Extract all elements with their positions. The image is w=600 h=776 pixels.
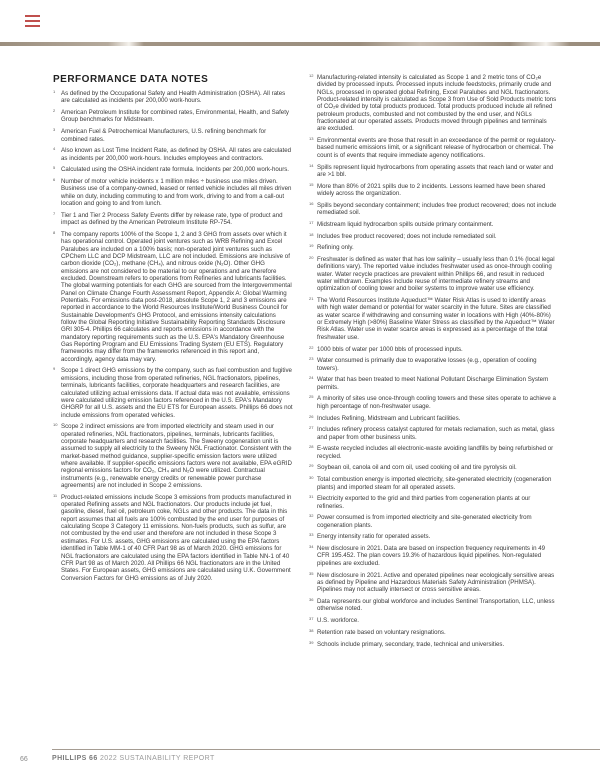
footer-report-name: 2022 SUSTAINABILITY REPORT [100, 755, 215, 762]
footnote-number: 20 [309, 255, 313, 260]
footnote: 10Scope 2 indirect emissions are from im… [53, 423, 293, 489]
footnote-text: Water consumed is primarily due to evapo… [317, 357, 537, 371]
footnote-text: Data represents our global workforce and… [317, 598, 555, 612]
footnote-number: 30 [309, 475, 313, 480]
footnote-number: 36 [309, 597, 313, 602]
footnote-number: 17 [309, 220, 313, 225]
footnote-number: 13 [309, 136, 313, 141]
footnote: 15More than 80% of 2021 spills due to 2 … [309, 183, 557, 198]
footnote-text: Refining only. [317, 244, 354, 251]
footnote: 12Manufacturing-related intensity is cal… [309, 74, 557, 133]
footnote-number: 14 [309, 163, 313, 168]
footnote: 25A minority of sites use once-through c… [309, 395, 557, 410]
footnote-text: 1000 bbls of water per 1000 bbls of proc… [317, 346, 463, 353]
footnote-number: 23 [309, 356, 313, 361]
menu-bar [25, 25, 40, 27]
footnote-text: As defined by the Occupational Safety an… [61, 90, 285, 104]
footnote-text: Freshwater is defined as water that has … [317, 256, 555, 292]
footnote-number: 26 [309, 414, 313, 419]
footnote: 39Schools include primary, secondary, tr… [309, 641, 557, 648]
footnote-number: 34 [309, 544, 313, 549]
footnote: 3American Fuel & Petrochemical Manufactu… [53, 128, 293, 143]
footnote: 20Freshwater is defined as water that ha… [309, 256, 557, 293]
notes-list-right: 12Manufacturing-related intensity is cal… [309, 74, 557, 648]
footnote-number: 31 [309, 494, 313, 499]
footnote-text: Manufacturing-related intensity is calcu… [317, 74, 556, 132]
footnote: 24Water that has been treated to meet Na… [309, 376, 557, 391]
footnote: 26Includes Refining, Midstream and Lubri… [309, 415, 557, 422]
footnote-number: 8 [53, 230, 55, 235]
footnote: 37U.S. workforce. [309, 617, 557, 624]
footnote-number: 25 [309, 394, 313, 399]
footnote-text: Includes free product recovered; does no… [317, 233, 497, 240]
footnote-number: 35 [309, 571, 313, 576]
footnote: 8The company reports 100% of the Scope 1… [53, 231, 293, 363]
footnote: 28E-waste recycled includes all electron… [309, 445, 557, 460]
footnote-text: New disclosure in 2021. Active and opera… [317, 572, 554, 594]
footnote-number: 1 [53, 89, 55, 94]
footnote-text: Midstream liquid hydrocarbon spills outs… [317, 221, 493, 228]
footnote-number: 39 [309, 640, 313, 645]
footnote-number: 9 [53, 366, 55, 371]
footnote-number: 6 [53, 177, 55, 182]
footnote-text: Electricity exported to the grid and thi… [317, 495, 530, 509]
footnote-number: 28 [309, 444, 313, 449]
footnote: 9Scope 1 direct GHG emissions by the com… [53, 367, 293, 418]
footnote: 32Power consumed is from imported electr… [309, 514, 557, 529]
footnote-text: Product-related emissions include Scope … [61, 494, 291, 582]
footnote: 35New disclosure in 2021. Active and ope… [309, 572, 557, 594]
footnote-text: Tier 1 and Tier 2 Process Safety Events … [61, 212, 283, 226]
footnote: 1As defined by the Occupational Safety a… [53, 90, 293, 105]
footnote-text: Includes Refining, Midstream and Lubrica… [317, 415, 460, 422]
header-divider [0, 42, 600, 46]
footnote-number: 38 [309, 628, 313, 633]
notes-list-left: 1As defined by the Occupational Safety a… [53, 90, 293, 582]
footnote-text: A minority of sites use once-through coo… [317, 395, 556, 409]
footnote-text: Environmental events are those that resu… [317, 137, 556, 159]
footnote: 31Electricity exported to the grid and t… [309, 495, 557, 510]
footnote-number: 11 [53, 493, 57, 498]
footnote: 7Tier 1 and Tier 2 Process Safety Events… [53, 212, 293, 227]
footnote-number: 4 [53, 146, 55, 151]
footnote-number: 10 [53, 422, 57, 427]
footnote: 29Soybean oil, canola oil and corn oil, … [309, 464, 557, 471]
footnote: 33Energy intensity ratio for operated as… [309, 533, 557, 540]
footnote: 36Data represents our global workforce a… [309, 598, 557, 613]
notes-column-right: 12Manufacturing-related intensity is cal… [309, 74, 557, 652]
page-number: 66 [20, 756, 28, 763]
notes-column-left: PERFORMANCE DATA NOTES 1As defined by th… [53, 74, 293, 586]
footnote-text: Power consumed is from imported electric… [317, 514, 532, 528]
footnote-number: 33 [309, 532, 313, 537]
footnote: 38Retention rate based on voluntary resi… [309, 629, 557, 636]
footnote-number: 24 [309, 375, 313, 380]
footnote: 11Product-related emissions include Scop… [53, 494, 293, 582]
footnote-text: Number of motor vehicle incidents x 1 mi… [61, 178, 291, 207]
footnote-number: 18 [309, 232, 313, 237]
footnote: 2American Petroleum Institute for combin… [53, 109, 293, 124]
footnote: 34New disclosure in 2021. Data are based… [309, 545, 557, 567]
footnote-number: 2 [53, 108, 55, 113]
footnote-text: E-waste recycled includes all electronic… [317, 445, 553, 459]
footnote-text: Includes refinery process catalyst captu… [317, 426, 555, 440]
footnote-text: Total combustion energy is imported elec… [317, 476, 551, 490]
footnote-number: 22 [309, 345, 313, 350]
footnote-text: The World Resources Institute Aqueduct™ … [317, 297, 555, 341]
footnote-text: Spills beyond secondary containment; inc… [317, 202, 556, 216]
footnote: 4Also known as Lost Time Incident Rate, … [53, 147, 293, 162]
footnote-text: Also known as Lost Time Incident Rate, a… [61, 147, 291, 161]
footnote-text: Scope 1 direct GHG emissions by the comp… [61, 367, 293, 418]
page-title: PERFORMANCE DATA NOTES [53, 74, 293, 85]
footnote-text: American Fuel & Petrochemical Manufactur… [61, 128, 266, 142]
footnote-number: 12 [309, 73, 313, 78]
footer-company: PHILLIPS 66 [52, 755, 98, 762]
menu-bar [25, 15, 40, 17]
footnote: 18Includes free product recovered; does … [309, 233, 557, 240]
footnote-number: 21 [309, 296, 313, 301]
footnote-number: 5 [53, 165, 55, 170]
footnote: 19Refining only. [309, 244, 557, 251]
footnote-number: 37 [309, 616, 313, 621]
footnote-number: 29 [309, 463, 313, 468]
footnote: 21The World Resources Institute Aqueduct… [309, 297, 557, 341]
footnote-text: American Petroleum Institute for combine… [61, 109, 289, 123]
footnote-number: 15 [309, 182, 313, 187]
footer-report-title: PHILLIPS 66 2022 SUSTAINABILITY REPORT [52, 755, 215, 762]
footnote: 30Total combustion energy is imported el… [309, 476, 557, 491]
footer-divider [52, 749, 600, 750]
footnote: 6Number of motor vehicle incidents x 1 m… [53, 178, 293, 207]
footnote-text: Schools include primary, secondary, trad… [317, 641, 504, 648]
footnote-number: 19 [309, 243, 313, 248]
footnote-text: Retention rate based on voluntary resign… [317, 629, 446, 636]
footnote-text: Spills represent liquid hydrocarbons fro… [317, 164, 553, 178]
footnote-text: More than 80% of 2021 spills due to 2 in… [317, 183, 545, 197]
footnote: 23Water consumed is primarily due to eva… [309, 357, 557, 372]
footnote: 16Spills beyond secondary containment; i… [309, 202, 557, 217]
footnote-text: New disclosure in 2021. Data are based o… [317, 545, 545, 567]
footnote-text: Scope 2 indirect emissions are from impo… [61, 423, 292, 489]
footnote-text: Soybean oil, canola oil and corn oil, us… [317, 464, 517, 471]
footnote-number: 7 [53, 211, 55, 216]
hamburger-menu-icon[interactable] [25, 15, 40, 27]
footnote: 221000 bbls of water per 1000 bbls of pr… [309, 346, 557, 353]
footnote-number: 27 [309, 425, 313, 430]
footnote-text: Calculated using the OSHA incident rate … [61, 166, 289, 173]
footnote: 13Environmental events are those that re… [309, 137, 557, 159]
footnote-text: U.S. workforce. [317, 617, 359, 624]
menu-bar [25, 20, 40, 22]
footnote-number: 16 [309, 201, 313, 206]
footnote-number: 3 [53, 127, 55, 132]
footnote-number: 32 [309, 513, 313, 518]
footnote: 27Includes refinery process catalyst cap… [309, 426, 557, 441]
footnote-text: Water that has been treated to meet Nati… [317, 376, 548, 390]
footnote-text: Energy intensity ratio for operated asse… [317, 533, 430, 540]
footnote: 5Calculated using the OSHA incident rate… [53, 166, 293, 173]
footnote: 14Spills represent liquid hydrocarbons f… [309, 164, 557, 179]
footnote: 17Midstream liquid hydrocarbon spills ou… [309, 221, 557, 228]
footnote-text: The company reports 100% of the Scope 1,… [61, 231, 292, 363]
